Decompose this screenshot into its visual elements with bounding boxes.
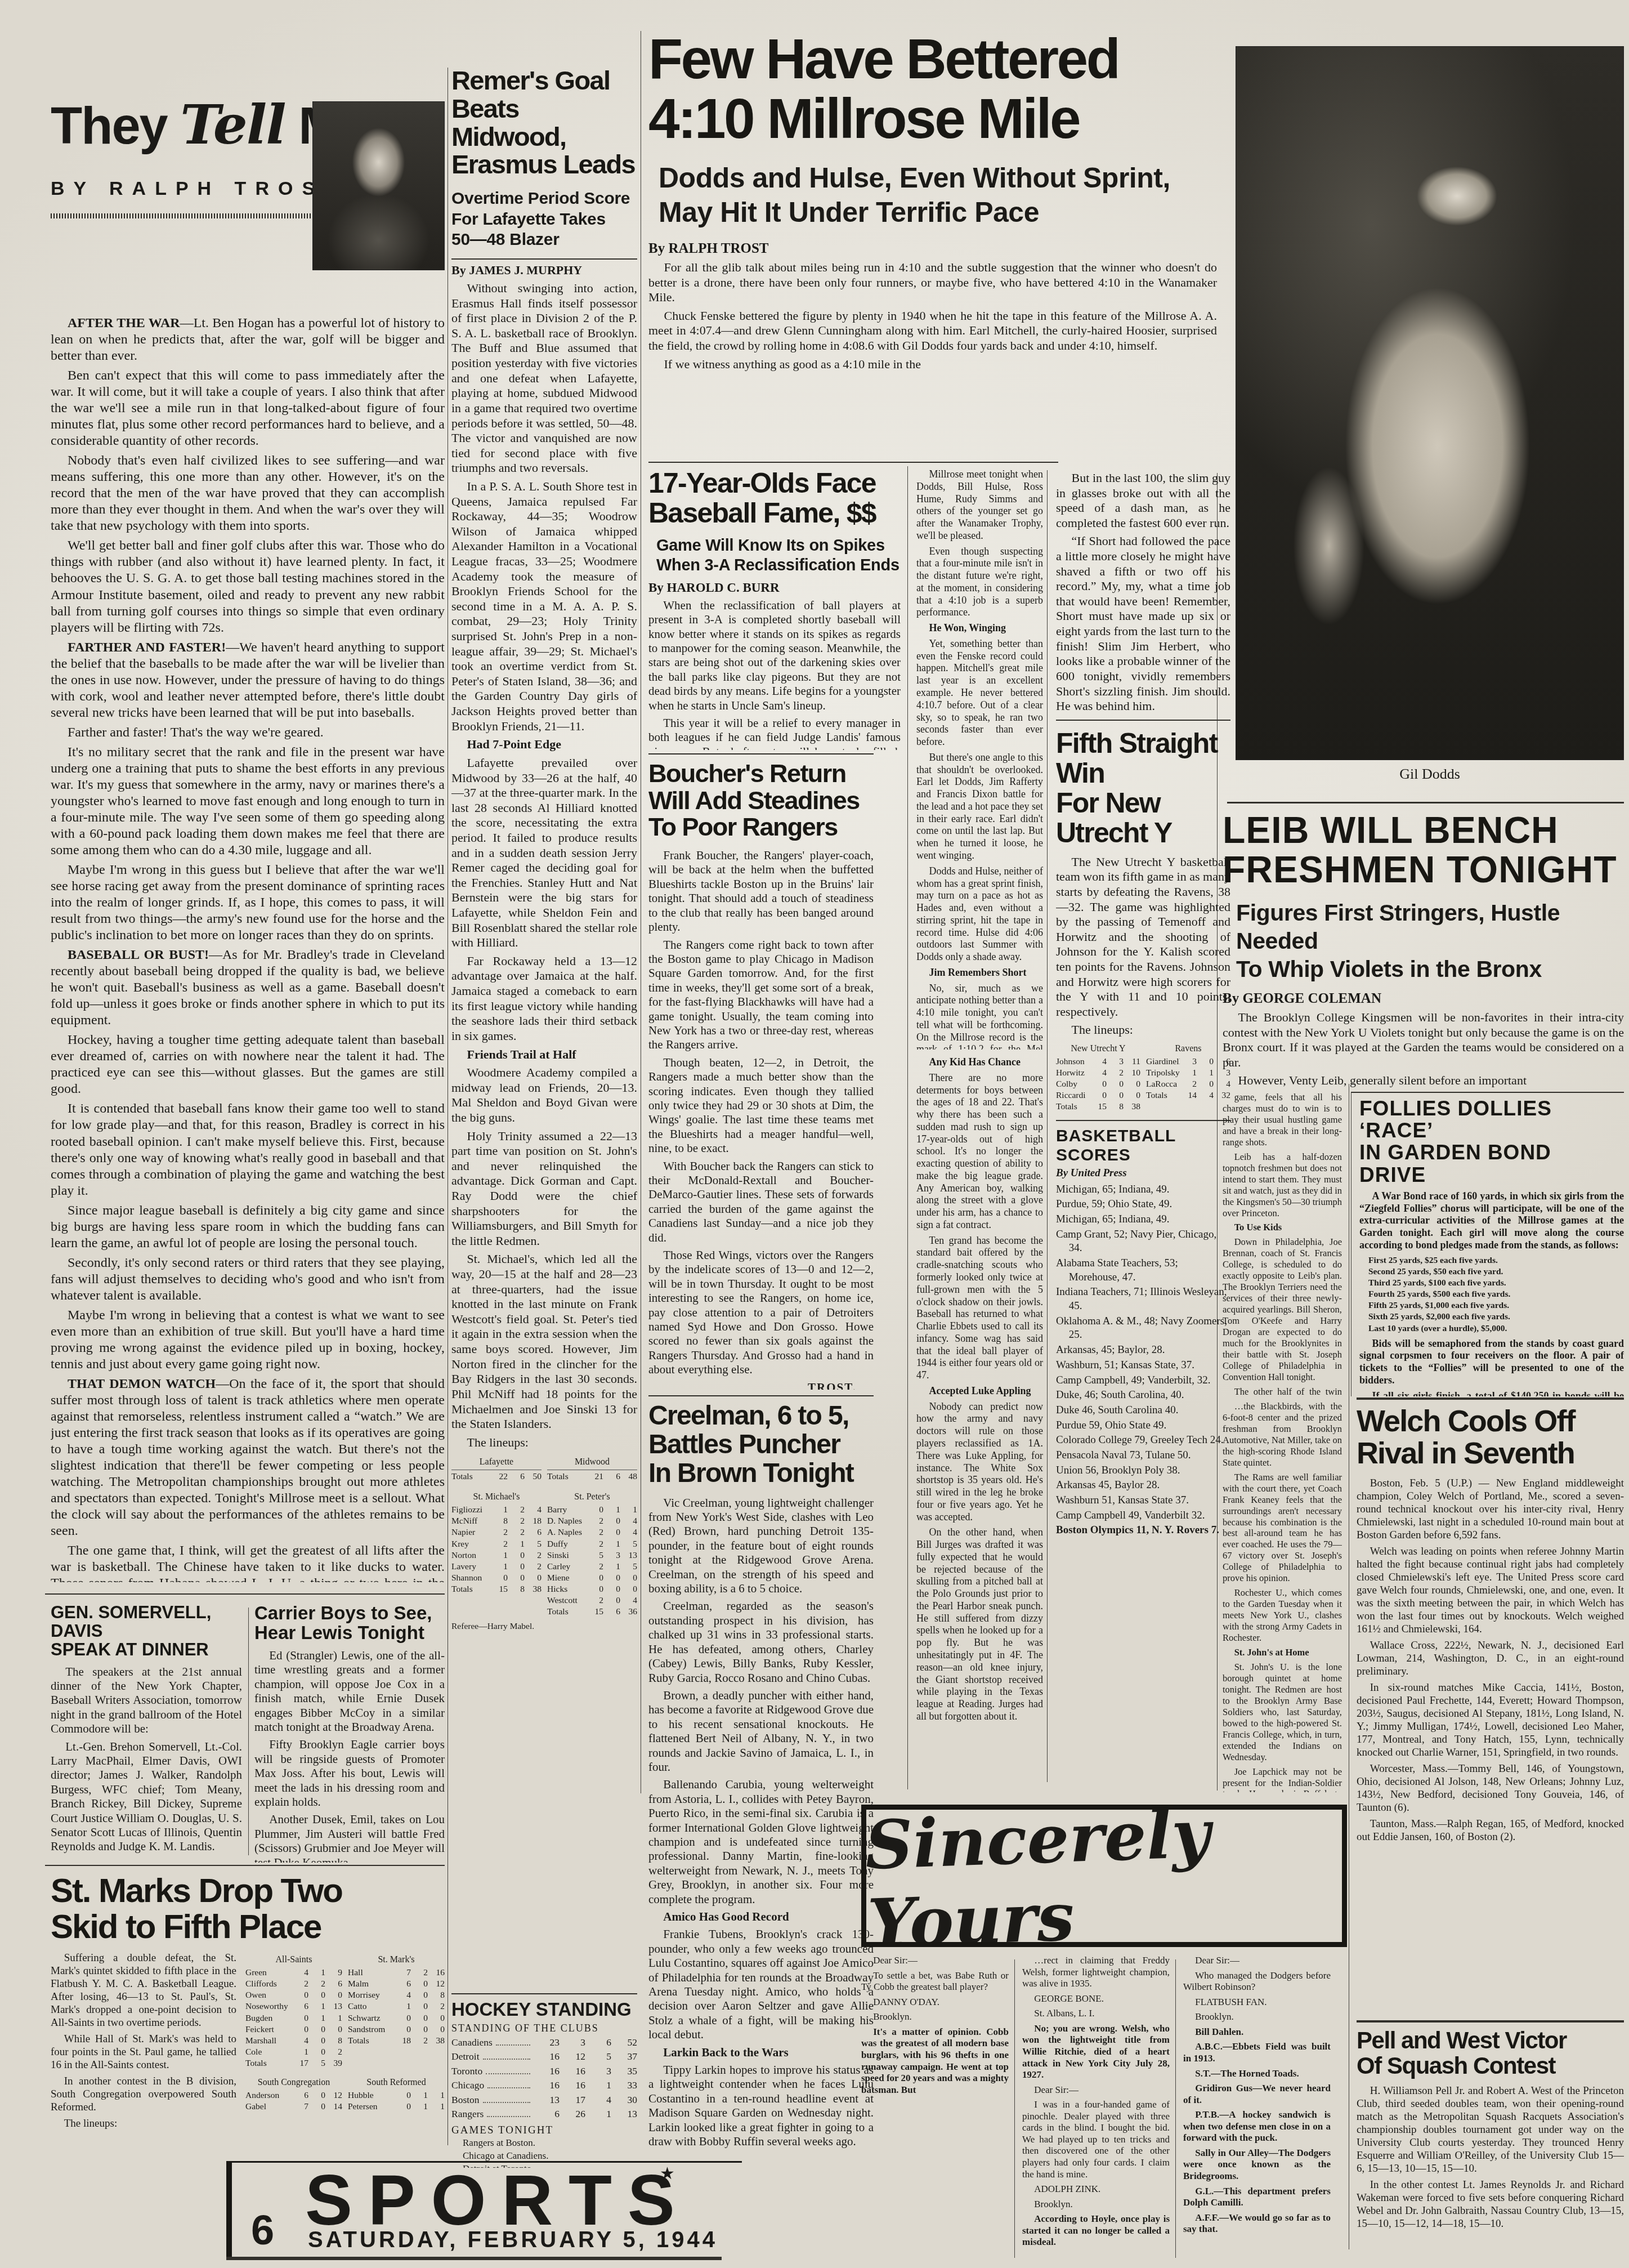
paragraph: Fifty Brooklyn Eagle carrier boys will b… <box>254 1738 445 1809</box>
letters-column-c: Dear Sir:—Who managed the Dodgers before… <box>1183 1955 1331 2262</box>
letter-paragraph: Bill Dahlen. <box>1183 2026 1331 2038</box>
utrecht-headline: Fifth Straight Win For New Utrecht Y <box>1056 729 1230 848</box>
seventeen-byline: By HAROLD C. BURR <box>648 581 901 595</box>
column-rule <box>248 1608 249 1855</box>
millrose-headline: Few Have Bettered 4:10 Millrose Mile <box>648 29 1217 149</box>
seventeen-continuation: Any Kid Has ChanceThere are no more dete… <box>916 1056 1043 1788</box>
score-text: Alabama State Teachers, 53; Morehouse, 4… <box>1056 1257 1178 1283</box>
score-item: Arkansas, 45; Baylor, 28. <box>1056 1343 1230 1358</box>
letter-lead: A.B.C.—Ebbets Field was built in 1913. <box>1183 2041 1331 2064</box>
paragraph: Joe Lapchick may not be present for the … <box>1223 1766 1342 1792</box>
paragraph: Frankie Tubens, Brooklyn's crack 130-pou… <box>648 1927 874 2042</box>
boucher-headline: Boucher's Return Will Add Steadines To P… <box>648 760 874 841</box>
letter-paragraph: St. Albans, L. I. <box>1022 2008 1170 2020</box>
paragraph-lead: He Won, Winging <box>929 622 1006 633</box>
score-item: Alabama State Teachers, 53; Morehouse, 4… <box>1056 1257 1230 1284</box>
box-score-row: Horwitz4210 <box>1056 1068 1140 1079</box>
team-name: St. Peter's <box>547 1492 637 1503</box>
score-text: Oklahoma A. & M., 48; Navy Zoomers, 25. <box>1056 1315 1227 1341</box>
pell-headline: Pell and West Victor Of Squash Contest <box>1357 2028 1624 2078</box>
paragraph: Dodds and Hulse, neither of whom has a g… <box>916 865 1043 963</box>
paragraph: AFTER THE WAR—Lt. Ben Hogan has a powerf… <box>51 315 445 364</box>
box-score-row: A. Naples204 <box>547 1527 637 1538</box>
score-text: Arkansas, 45; Baylor, 28. <box>1056 1344 1165 1356</box>
box-score-rows: Hubble011Petersen011 <box>348 2090 445 2113</box>
paragraph: For all the glib talk about miles being … <box>648 260 1217 305</box>
paragraph-text: Though beaten, 12—2, in Detroit, the Ran… <box>648 1056 874 1155</box>
pledge-item: Last 10 yards (over a hurdle), $5,000. <box>1359 1323 1624 1334</box>
letter-paragraph: Gridiron Gus—We never heard of it. <box>1183 2083 1331 2106</box>
box-score-row: Noseworthy6113 <box>245 2001 342 2012</box>
paragraph: There are no more determents for boys be… <box>916 1072 1043 1231</box>
letter-paragraph: S.T.—The Horned Toads. <box>1183 2068 1331 2080</box>
paragraph: Nobody that's even half civilized likes … <box>51 453 445 534</box>
standing-row: Detroit1612537 <box>451 2050 637 2064</box>
game-item: Rangers at Boston. <box>463 2137 637 2150</box>
paragraph-text: Another Dusek, Emil, takes on Lou Plumme… <box>254 1812 445 1863</box>
letter-paragraph: Brooklyn. <box>861 2011 1009 2023</box>
games-tonight-list: Rangers at Boston.Chicago at Canadiens.D… <box>451 2137 637 2168</box>
paragraph-text: If all six girls finish, a total of $140… <box>1359 1390 1624 1396</box>
box-score-row: Cliffords226 <box>245 1979 342 1990</box>
hockey-standing-subtitle: STANDING OF THE CLUBS <box>451 2023 637 2034</box>
paragraph: In another contest in the B division, So… <box>51 2075 236 2114</box>
box-score-row: Morrisey408 <box>348 1990 445 2001</box>
box-score-rows: Totals21648 <box>547 1470 637 1483</box>
score-item: Purdue 59, Ohio State 49. <box>1056 1419 1230 1433</box>
paragraph-text: It's no military secret that the rank an… <box>51 745 445 858</box>
letter-lead: Sally in Our Alley—The Dodgers were once… <box>1183 2148 1331 2181</box>
paragraph-text: Taunton, Mass.—Ralph Regan, 165, of Medf… <box>1357 1818 1624 1843</box>
box-score-rows: Giardinelli306Tripolsky113LaRocca204Tota… <box>1146 1056 1230 1102</box>
boucher-signoff: TROST. <box>648 1381 874 1390</box>
paragraph: Without swinging into action, Erasmus Ha… <box>451 281 637 476</box>
letter-text: Who managed the Dodgers before Wilbert R… <box>1183 1970 1331 1993</box>
follies-body-2: Bids will be semaphored from the stands … <box>1359 1338 1624 1396</box>
utrecht-body: The New Utrecht Y basketball team won it… <box>1056 855 1230 1038</box>
letter-paragraph: ADOLPH ZINK. <box>1022 2184 1170 2195</box>
basketball-scores-list: Michigan, 65; Indiana, 49.Purdue, 59; Oh… <box>1056 1183 1230 1538</box>
letter-lead: It's a matter of opinion. Cobb was the g… <box>861 2026 1009 2095</box>
paragraph: St. John's at Home <box>1223 1647 1342 1658</box>
letters-column-a: Dear Sir:—To settle a bet, was Babe Ruth… <box>861 1955 1009 2262</box>
utrecht-lineups: New Utrecht Y Johnson4311Horwitz4210Colb… <box>1056 1041 1230 1113</box>
paragraph-text: Welch was leading on points when referee… <box>1357 1546 1624 1635</box>
box-score-rows: Totals22650 <box>451 1470 541 1483</box>
paragraph-text: Chuck Fenske bettered the figure by plen… <box>648 309 1217 352</box>
paragraph-lead: BASEBALL OR BUST! <box>68 948 209 962</box>
box-score-row: Cole102 <box>245 2047 342 2058</box>
paragraph-lead: FARTHER AND FASTER! <box>68 640 226 655</box>
paragraph: Worcester, Mass.—Tommy Bell, 146, of You… <box>1357 1763 1624 1815</box>
column-rule <box>907 466 908 1789</box>
pell-body: H. Williamson Pell Jr. and Robert A. Wes… <box>1357 2085 1624 2231</box>
paragraph: The Brooklyn College Kingsmen will be no… <box>1223 1010 1624 1070</box>
paragraph-text: The other half of the twin bill in the P… <box>1223 1386 1342 1396</box>
paragraph: game, feels that all his charges must do… <box>1223 1092 1342 1148</box>
letter-paragraph: FLATBUSH FAN. <box>1183 1997 1331 2008</box>
paragraph: Tippy Larkin hopes to improve his status… <box>648 2063 874 2149</box>
letter-paragraph: According to Hoyle, once play is started… <box>1022 2213 1170 2248</box>
hockey-standing-title: HOCKEY STANDING <box>451 1999 637 2020</box>
paragraph: Leib has a half-dozen topnotch freshmen … <box>1223 1151 1342 1219</box>
box-score-row: Catto102 <box>348 2001 445 2012</box>
paragraph-text: The lineups: <box>467 1435 529 1449</box>
paragraph: The New Utrecht Y basketball team won it… <box>1056 855 1230 1020</box>
paragraph: Creelman, regarded as the season's outst… <box>648 1599 874 1685</box>
carrier-boys-headline: Carrier Boys to See, Hear Lewis Tonight <box>254 1604 445 1643</box>
paragraph: Farther and faster! That's the way we're… <box>51 725 445 741</box>
leib-continuation: …the Blackbirds, with the 6-foot-8 cente… <box>1223 1401 1342 1792</box>
team-name: South Reformed <box>348 2077 445 2089</box>
paragraph-lead: AFTER THE WAR <box>68 316 180 331</box>
score-text: Union 56, Brooklyn Poly 38. <box>1056 1465 1180 1476</box>
paragraph-lead: Larkin Back to the Wars <box>663 2046 788 2059</box>
box-score-rows: Johnson4311Horwitz4210Colby000Riccardi00… <box>1056 1056 1140 1113</box>
score-item: Indiana Teachers, 71; Illinois Wesleyan,… <box>1056 1285 1230 1313</box>
paragraph-text: …the Blackbirds, with the 6-foot-8 cente… <box>1223 1401 1342 1468</box>
box-score-row: Carley215 <box>547 1561 637 1573</box>
st-marks-headline: St. Marks Drop Two Skid to Fifth Place <box>51 1873 445 1944</box>
paragraph-text: Ed (Strangler) Lewis, one of the all-tim… <box>254 1649 445 1734</box>
letter-lead: Gridiron Gus—We never heard of it. <box>1183 2083 1331 2105</box>
box-score-team: St. Michael's Figliozzi124McNiff8218Napi… <box>451 1489 541 1618</box>
letter-paragraph: DANNY O'DAY. <box>861 1997 1009 2008</box>
box-score-row: Totals17539 <box>245 2058 342 2069</box>
game-item: Detroit at Toronto. <box>463 2163 637 2168</box>
paragraph: The lineups: <box>51 2118 236 2131</box>
letter-paragraph: I was in a four-handed game of pinochle.… <box>1022 2099 1170 2180</box>
paragraph: This year it will be a relief to every m… <box>648 716 901 750</box>
paragraph-text: In six-round matches Mike Caccia, 141½, … <box>1357 1682 1624 1758</box>
team-name: Midwood <box>547 1457 637 1468</box>
paragraph: Bids will be semaphored from the stands … <box>1359 1338 1624 1387</box>
box-score-row: Schwartz000 <box>348 2013 445 2024</box>
paragraph-text: However, Venty Leib, generally silent be… <box>1238 1073 1527 1087</box>
letter-paragraph: Brooklyn. <box>1183 2011 1331 2023</box>
paragraph: Taunton, Mass.—Ralph Regan, 165, of Medf… <box>1357 1818 1624 1844</box>
letter-lead: G.L.—This department prefers Dolph Camil… <box>1183 2186 1331 2208</box>
paragraph: Hockey, having a tougher time getting ad… <box>51 1032 445 1097</box>
paragraph: A War Bond race of 160 yards, in which s… <box>1359 1190 1624 1252</box>
paragraph: Ballenando Carubia, young welterweight f… <box>648 1778 874 1907</box>
paragraph-text: Millrose meet tonight when Dodds, Bill H… <box>916 468 1043 541</box>
paragraph: THAT DEMON WATCH—On the face of it, the … <box>51 1376 445 1539</box>
paragraph-text: Suffering a double defeat, the St. Mark'… <box>51 1952 236 2029</box>
paragraph-text: There are no more determents for boys be… <box>916 1072 1043 1230</box>
box-score-team: St. Peter's Barry011D. Naples204A. Naple… <box>547 1489 637 1618</box>
letter-lead: A.F.F.—We would go so far as to say that… <box>1183 2212 1331 2235</box>
follies-body: A War Bond race of 160 yards, in which s… <box>1359 1190 1624 1252</box>
paragraph-text: We'll get better ball and finer golf clu… <box>51 538 445 635</box>
somervell-body: The speakers at the 21st annual dinner o… <box>51 1665 242 1854</box>
paragraph: If we witness anything as good as a 4:10… <box>648 357 1217 372</box>
letter-text: Dear Sir:— <box>1034 2084 1078 2095</box>
boucher-body: Frank Boucher, the Rangers' player-coach… <box>648 849 874 1377</box>
team-name: New Utrecht Y <box>1056 1043 1140 1055</box>
paragraph-text: Even though suspecting that a four-minut… <box>916 546 1043 618</box>
score-item: Purdue, 59; Ohio State, 49. <box>1056 1198 1230 1212</box>
box-score-row: Totals21648 <box>547 1470 637 1483</box>
standing-row: Toronto1616335 <box>451 2064 637 2078</box>
score-lead: Boston Olympics 11, N. Y. Rovers 7. <box>1056 1524 1219 1536</box>
paragraph: H. Williamson Pell Jr. and Robert A. Wes… <box>1357 2085 1624 2176</box>
creelman-body: Vic Creelman, young lightweight challeng… <box>648 1496 874 2149</box>
paragraph-text: Wallace Cross, 222½, Newark, N. J., deci… <box>1357 1640 1624 1677</box>
pledge-item: Fifth 25 yards, $1,000 each five yards. <box>1359 1300 1624 1311</box>
letter-paragraph: No; you are wrong. Welsh, who won the li… <box>1022 2023 1170 2081</box>
paragraph-text: Without swinging into action, Erasmus Ha… <box>451 281 637 475</box>
box-score-team: St. Mark's Hall7216Malm6012Morrisey408Ca… <box>348 1952 445 2069</box>
column-rule <box>1047 470 1048 1782</box>
box-score-team: New Utrecht Y Johnson4311Horwitz4210Colb… <box>1056 1041 1140 1113</box>
box-score-row: Gabel7014 <box>245 2101 342 2113</box>
box-score-row: Figliozzi124 <box>451 1504 541 1516</box>
paragraph-text: Down in Philadelphia, Joe Brennan, coach… <box>1223 1236 1342 1382</box>
leib-lead: The Brooklyn College Kingsmen will be no… <box>1223 1010 1624 1088</box>
leib-deck: Figures First Stringers, Hustle Needed T… <box>1236 899 1624 983</box>
paragraph: Brown, a deadly puncher with either hand… <box>648 1689 874 1774</box>
hockey-standing: HOCKEY STANDING STANDING OF THE CLUBS Ca… <box>451 1993 637 2168</box>
paragraph-text: Frankie Tubens, Brooklyn's crack 130-pou… <box>648 1927 874 2041</box>
score-item: Duke, 46; South Carolina, 40. <box>1056 1389 1230 1403</box>
letter-text: Dear Sir:— <box>1195 1955 1239 1966</box>
paragraph: In six-round matches Mike Caccia, 141½, … <box>1357 1682 1624 1760</box>
team-name: St. Mark's <box>348 1954 445 1966</box>
remers-article: Remer's Goal Beats Midwood, Erasmus Lead… <box>451 66 637 1986</box>
boucher-article: Boucher's Return Will Add Steadines To P… <box>648 760 874 1390</box>
paragraph-text: Secondly, it's only second raters or thi… <box>51 1256 445 1303</box>
paragraph: The other half of the twin bill in the P… <box>1223 1386 1342 1396</box>
leib-article: LEIB WILL BENCH FRESHMEN TONIGHT Figures… <box>1223 811 1624 1396</box>
paragraph-lead: Friends Trail at Half <box>467 1047 576 1061</box>
box-score-row: Hubble011 <box>348 2090 445 2101</box>
paragraph-text: In a P. S. A. L. South Shore test in Que… <box>451 479 637 733</box>
letter-text: FLATBUSH FAN. <box>1195 1997 1266 2007</box>
millrose-lead-paragraphs: For all the glib talk about miles being … <box>648 260 1217 372</box>
paragraph: The one game that, I think, will get the… <box>51 1543 445 1582</box>
box-score-row: Tripolsky113 <box>1146 1068 1230 1079</box>
paragraph-text: Lafayette prevailed over Midwood by 33—2… <box>451 756 637 949</box>
paragraph: However, Venty Leib, generally silent be… <box>1223 1073 1624 1088</box>
letter-paragraph: GEORGE BONE. <box>1022 1993 1170 2005</box>
letter-text: …rect in claiming that Freddy Welsh, for… <box>1022 1955 1170 1989</box>
paragraph: Down in Philadelphia, Joe Brennan, coach… <box>1223 1236 1342 1382</box>
paragraph-text: Tippy Larkin hopes to improve his status… <box>648 2063 874 2148</box>
sincerely-yours-banner: Sincerely Yours <box>861 1805 1347 1947</box>
paragraph: Jim Remembers Short <box>916 967 1043 979</box>
paragraph-lead: St. John's at Home <box>1234 1647 1309 1658</box>
paragraph-lead: THAT DEMON WATCH <box>68 1377 216 1391</box>
box-score-row: Owen000 <box>245 1990 342 2001</box>
sincerely-yours-title: Sincerely Yours <box>863 1805 1344 1947</box>
paragraph-text: The Rangers come right back to town afte… <box>648 938 874 1052</box>
leib-byline: By GEORGE COLEMAN <box>1223 991 1624 1007</box>
kicker-script-word: Tell <box>180 93 285 157</box>
section-rule <box>45 1593 445 1595</box>
letter-text: GEORGE BONE. <box>1034 1993 1104 2004</box>
letter-text: DANNY O'DAY. <box>873 1997 939 2007</box>
standing-row: Boston1317430 <box>451 2093 637 2107</box>
creelman-headline: Creelman, 6 to 5, Battles Puncher In Bro… <box>648 1402 874 1488</box>
pell-article: Pell and West Victor Of Squash Contest H… <box>1357 2028 1624 2259</box>
creelman-article: Creelman, 6 to 5, Battles Puncher In Bro… <box>648 1402 874 2258</box>
remers-deck: Overtime Period Score For Lafayette Take… <box>451 189 637 251</box>
paragraph: The lineups: <box>451 1435 637 1450</box>
paragraph-text: Frank Boucher, the Rangers' player-coach… <box>648 849 874 934</box>
box-score-row: Totals15838 <box>1056 1101 1140 1113</box>
paragraph: Maybe I'm wrong in believing that a cont… <box>51 1307 445 1373</box>
box-score-row: Malm6012 <box>348 1979 445 1990</box>
section-rule <box>1056 720 1230 721</box>
paragraph: If all six girls finish, a total of $140… <box>1359 1390 1624 1396</box>
box-score-row: Hall7216 <box>348 1967 445 1979</box>
letter-lead: P.T.B.—A hockey sandwich is when two def… <box>1183 2109 1331 2143</box>
box-score-row: Marshall408 <box>245 2035 342 2047</box>
paragraph: Yet, something better than even the Fens… <box>916 638 1043 748</box>
pledge-item: Third 25 yards, $100 each five yards. <box>1359 1278 1624 1289</box>
paragraph-text: game, feels that all his charges must do… <box>1223 1092 1342 1148</box>
paragraph: Woodmere Academy compiled a midway lead … <box>451 1065 637 1125</box>
paragraph-text: Maybe I'm wrong in believing that a cont… <box>51 1308 445 1372</box>
hockey-standing-rows: Canadiens233652Detroit1612537Toronto1616… <box>451 2035 637 2121</box>
score-text: Purdue 59, Ohio State 49. <box>1056 1419 1166 1431</box>
pledge-item: Sixth 25 yards, $2,000 each five yards. <box>1359 1311 1624 1323</box>
box-score-row: Napier226 <box>451 1527 541 1538</box>
paragraph: Lafayette prevailed over Midwood by 33—2… <box>451 756 637 950</box>
section-rule <box>1357 2020 1624 2023</box>
paragraph: The speakers at the 21st annual dinner o… <box>51 1665 242 1736</box>
box-score-row: Riccardi000 <box>1056 1090 1140 1101</box>
paragraph-text: Vic Creelman, young lightweight challeng… <box>648 1496 874 1595</box>
paragraph-text: The Rams are well familiar with the cour… <box>1223 1472 1342 1584</box>
letter-text: ADOLPH ZINK. <box>1034 2184 1100 2194</box>
newspaper-page: They Tell Me BY RALPH TROST AFTER THE WA… <box>0 0 1629 2268</box>
paragraph-text: The speakers at the 21st annual dinner o… <box>51 1665 242 1736</box>
box-score-team: South Reformed Hubble011Petersen011 <box>348 2075 445 2113</box>
box-score-row: Colby000 <box>1056 1079 1140 1090</box>
letter-text: I was in a four-handed game of pinochle.… <box>1022 2099 1170 2179</box>
score-item: Pensacola Naval 73, Tulane 50. <box>1056 1449 1230 1463</box>
somervell-article: GEN. SOMERVELL, DAVIS SPEAK AT DINNER Th… <box>51 1604 242 1863</box>
section-rule <box>45 1865 445 1866</box>
paragraph: It's no military secret that the rank an… <box>51 744 445 859</box>
box-score-row: Westcott204 <box>547 1595 637 1606</box>
st-marks-article: St. Marks Drop Two Skid to Fifth Place S… <box>51 1873 445 2154</box>
paragraph-text: The lineups: <box>64 2118 117 2129</box>
paragraph-lead: Jim Remembers Short <box>929 967 1027 978</box>
paragraph: …the Blackbirds, with the 6-foot-8 cente… <box>1223 1401 1342 1468</box>
letter-text: Brooklyn. <box>1195 2011 1233 2022</box>
team-name: St. Michael's <box>451 1492 541 1503</box>
letter-paragraph: P.T.B.—A hockey sandwich is when two def… <box>1183 2109 1331 2144</box>
standing-row: Canadiens233652 <box>451 2035 637 2050</box>
paragraph-text: For all the glib talk about miles being … <box>648 260 1217 304</box>
box-score-row: Giardinelli306 <box>1146 1056 1230 1068</box>
paragraph: It is contended that baseball fans know … <box>51 1101 445 1199</box>
paragraph: Those Red Wings, victors over the Ranger… <box>648 1248 874 1377</box>
remers-body: Without swinging into action, Erasmus Ha… <box>451 281 637 1450</box>
letters-column-b: …rect in claiming that Freddy Welsh, for… <box>1022 1955 1170 2262</box>
column-rule <box>1175 1959 1176 2258</box>
paragraph-text: Since major league baseball is definitel… <box>51 1203 445 1251</box>
seventeen-article: 17-Year-Olds Face Baseball Fame, $$ Game… <box>648 468 901 750</box>
score-item: Washburn, 51; Kansas State, 37. <box>1056 1359 1230 1373</box>
team-name: Lafayette <box>451 1457 541 1468</box>
score-text: Duke 46, South Carolina 40. <box>1056 1404 1178 1416</box>
leib-headline: LEIB WILL BENCH FRESHMEN TONIGHT <box>1223 811 1624 890</box>
paragraph-lead: Accepted Luke Appling <box>929 1385 1031 1396</box>
paragraph: Rochester U., which comes to the Garden … <box>1223 1587 1342 1644</box>
score-text: Michigan, 65; Indiana, 49. <box>1056 1213 1170 1225</box>
seventeen-headline: 17-Year-Olds Face Baseball Fame, $$ <box>648 468 901 528</box>
paragraph: Accepted Luke Appling <box>916 1385 1043 1398</box>
letter-paragraph: Sally in Our Alley—The Dodgers were once… <box>1183 2148 1331 2182</box>
paragraph-text: In the other contest Lt. James Reynolds … <box>1357 2179 1624 2230</box>
paragraph-text: Leib has a half-dozen topnotch freshmen … <box>1223 1151 1342 1218</box>
score-text: Camp Campbell 49, Vanderbilt 32. <box>1056 1510 1205 1521</box>
box-score-team: Ravens Giardinelli306Tripolsky113LaRocca… <box>1146 1041 1230 1113</box>
paragraph: In a P. S. A. L. South Shore test in Que… <box>451 479 637 734</box>
box-score-row: Totals15838 <box>451 1584 541 1595</box>
box-score-row: Totals18238 <box>348 2035 445 2047</box>
paragraph: When the reclassification of ball player… <box>648 599 901 713</box>
letter-paragraph: Who managed the Dodgers before Wilbert R… <box>1183 1970 1331 1993</box>
paragraph-text: Dodds and Hulse, neither of whom has a g… <box>916 865 1043 962</box>
score-item: Boston Olympics 11, N. Y. Rovers 7. <box>1056 1524 1230 1538</box>
paragraph-text: In another contest in the B division, So… <box>51 2075 236 2113</box>
paragraph-text: Brown, a deadly puncher with either hand… <box>648 1689 874 1774</box>
paragraph: BASEBALL OR BUST!—As for Mr. Bradley's t… <box>51 947 445 1029</box>
games-tonight-label: GAMES TONIGHT <box>451 2124 637 2137</box>
paragraph: The lineups: <box>1056 1023 1230 1038</box>
paragraph-text: H. Williamson Pell Jr. and Robert A. Wes… <box>1357 2085 1624 2175</box>
welch-article: Welch Cools Off Rival in Seventh Boston,… <box>1357 1405 1624 2017</box>
score-item: Arkansas 45, Baylor 28. <box>1056 1479 1230 1493</box>
paragraph: He Won, Winging <box>916 622 1043 635</box>
paragraph: To Use Kids <box>1223 1222 1342 1233</box>
box-score-rows: Anderson6012Gabel7014 <box>245 2090 342 2113</box>
millrose-byline: By RALPH TROST <box>648 241 1217 257</box>
paragraph-lead: Amico Has Good Record <box>663 1910 789 1923</box>
paragraph-text: Lt.-Gen. Brehon Somervell, Lt.-Col. Larr… <box>51 1740 242 1854</box>
letter-lead: No; you are wrong. Welsh, who won the li… <box>1022 2023 1170 2080</box>
fifth-column: But in the last 100, the slim guy in gla… <box>1056 471 1230 1796</box>
paragraph-text: If we witness anything as good as a 4:10… <box>664 357 921 371</box>
paragraph-text: The one game that, I think, will get the… <box>51 1543 445 1582</box>
letter-lead: Bill Dahlen. <box>1195 2026 1243 2037</box>
letter-paragraph: A.B.C.—Ebbets Field was built in 1913. <box>1183 2041 1331 2064</box>
box-score-row: Totals22650 <box>451 1470 541 1483</box>
somervell-headline: GEN. SOMERVELL, DAVIS SPEAK AT DINNER <box>51 1604 242 1659</box>
paragraph-text: Far Rockaway held a 13—12 advantage over… <box>451 954 637 1043</box>
box-score-rows: Hall7216Malm6012Morrisey408Catto102Schwa… <box>348 1967 445 2047</box>
paragraph-text: “If Short had followed the pace a little… <box>1056 534 1230 713</box>
paragraph: Friends Trail at Half <box>451 1047 637 1062</box>
paragraph: Frank Boucher, the Rangers' player-coach… <box>648 849 874 934</box>
paragraph: Any Kid Has Chance <box>916 1056 1043 1069</box>
they-tell-me-header: They Tell Me BY RALPH TROST <box>51 70 445 307</box>
box-score-rows: Figliozzi124McNiff8218Napier226Krey215No… <box>451 1504 541 1595</box>
box-score-rows: Barry011D. Naples204A. Naples204Duffy215… <box>547 1504 637 1618</box>
score-item: Camp Campbell, 49; Vanderbilt, 32. <box>1056 1374 1230 1388</box>
letter-text: Dear Sir:— <box>873 1955 918 1966</box>
millrose-article-top: Few Have Bettered 4:10 Millrose Mile Dod… <box>648 29 1217 459</box>
paragraph: Boston, Feb. 5 (U.P.) — New England midd… <box>1357 1477 1624 1542</box>
paragraph: Since major league baseball is definitel… <box>51 1203 445 1252</box>
paragraph-text: Farther and faster! That's the way we're… <box>68 725 324 740</box>
score-text: Indiana Teachers, 71; Illinois Wesleyan,… <box>1056 1286 1227 1312</box>
